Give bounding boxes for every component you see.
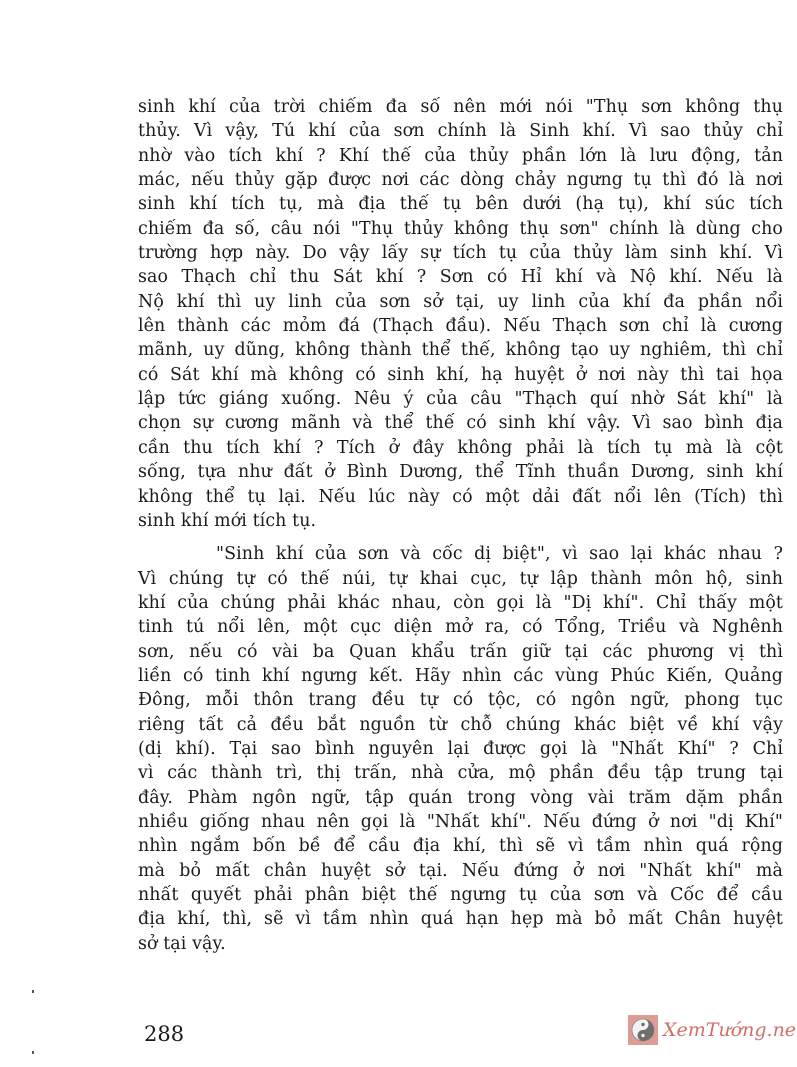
text-line: trường hợp này. Do vậy lấy sự tích tụ củ…: [138, 241, 783, 265]
text-line: nhờ vào tích khí ? Khí thế của thủy phần…: [138, 144, 783, 168]
paragraph-2: "Sinh khí của sơn và cốc dị biệt", vì sa…: [138, 542, 783, 956]
text-line: chọn sự cương mãnh và thể thế có sinh kh…: [138, 411, 783, 435]
text-line: nhiều giống nhau nên gọi là "Nhất khí". …: [138, 810, 783, 834]
text-line: liền có tinh khí ngưng kết. Hãy nhìn các…: [138, 664, 783, 688]
text-line: chiếm đa số, câu nói "Thụ thủy không thụ…: [138, 217, 783, 241]
scan-speck: [32, 1051, 34, 1054]
text-line: tinh tú nổi lên, một cục diện mở ra, có …: [138, 615, 783, 639]
paragraph-1: sinh khí của trời chiếm đa số nên mới nó…: [138, 95, 783, 533]
text-line: có Sát khí mà không có sinh khí, hạ huyệ…: [138, 363, 783, 387]
text-line: sống, tựa như đất ở Bình Dương, thể Tĩnh…: [138, 460, 783, 484]
text-line: mà bỏ mất chân huyệt sở tại. Nếu đứng ở …: [138, 859, 783, 883]
text-line: sao Thạch chỉ thu Sát khí ? Sơn có Hỉ kh…: [138, 265, 783, 289]
watermark: XemTướng.net: [628, 1015, 797, 1045]
text-line: mác, nếu thủy gặp được nơi các dòng chảy…: [138, 168, 783, 192]
text-line: sở tại vậy.: [138, 932, 783, 956]
text-line: riêng tất cả đều bắt nguồn từ chỗ chúng …: [138, 713, 783, 737]
text-line: thủy. Vì vậy, Tú khí của sơn chính là Si…: [138, 119, 783, 143]
text-line: lập tức giáng xuống. Nêu ý của câu "Thạc…: [138, 387, 783, 411]
text-line: sinh khí tích tụ, mà địa thế tụ bên dưới…: [138, 192, 783, 216]
page-number: 288: [144, 1022, 184, 1046]
text-line: nhìn ngắm bốn bề để cầu địa khí, thì sẽ …: [138, 834, 783, 858]
text-line: Đông, mỗi thôn trang đều tự có tộc, có n…: [138, 688, 783, 712]
text-line: sơn, nếu có vài ba Quan khẩu trấn giữ tạ…: [138, 640, 783, 664]
scan-speck: [32, 990, 34, 993]
yin-yang-icon: [628, 1015, 658, 1045]
text-line: nhất quyết phải phân biệt thế ngưng tụ c…: [138, 883, 783, 907]
text-line: vì các thành trì, thị trấn, nhà cửa, mộ …: [138, 761, 783, 785]
watermark-text: XemTướng.net: [663, 1019, 797, 1041]
text-line: Vì chúng tự có thế núi, tự khai cục, tự …: [138, 567, 783, 591]
text-line: không thể tụ lại. Nếu lúc này có một dải…: [138, 485, 783, 509]
text-line: Nộ khí thì uy linh của sơn sở tại, uy li…: [138, 290, 783, 314]
text-line: địa khí, thì, sẽ vì tầm nhìn quá hạn hẹp…: [138, 907, 783, 931]
text-line: khí của chúng phải khác nhau, còn gọi là…: [138, 591, 783, 615]
text-line: mãnh, uy dũng, không thành thể thế, khôn…: [138, 338, 783, 362]
text-line: "Sinh khí của sơn và cốc dị biệt", vì sa…: [138, 542, 783, 566]
text-line: đây. Phàm ngôn ngữ, tập quán trong vòng …: [138, 786, 783, 810]
text-line: (dị khí). Tại sao bình nguyên lại được g…: [138, 737, 783, 761]
text-line: sinh khí của trời chiếm đa số nên mới nó…: [138, 95, 783, 119]
text-line: cần thu tích khí ? Tích ở đây không phải…: [138, 436, 783, 460]
page-body: sinh khí của trời chiếm đa số nên mới nó…: [138, 95, 783, 956]
text-line: sinh khí mới tích tụ.: [138, 509, 783, 533]
text-line: lên thành các mỏm đá (Thạch đầu). Nếu Th…: [138, 314, 783, 338]
